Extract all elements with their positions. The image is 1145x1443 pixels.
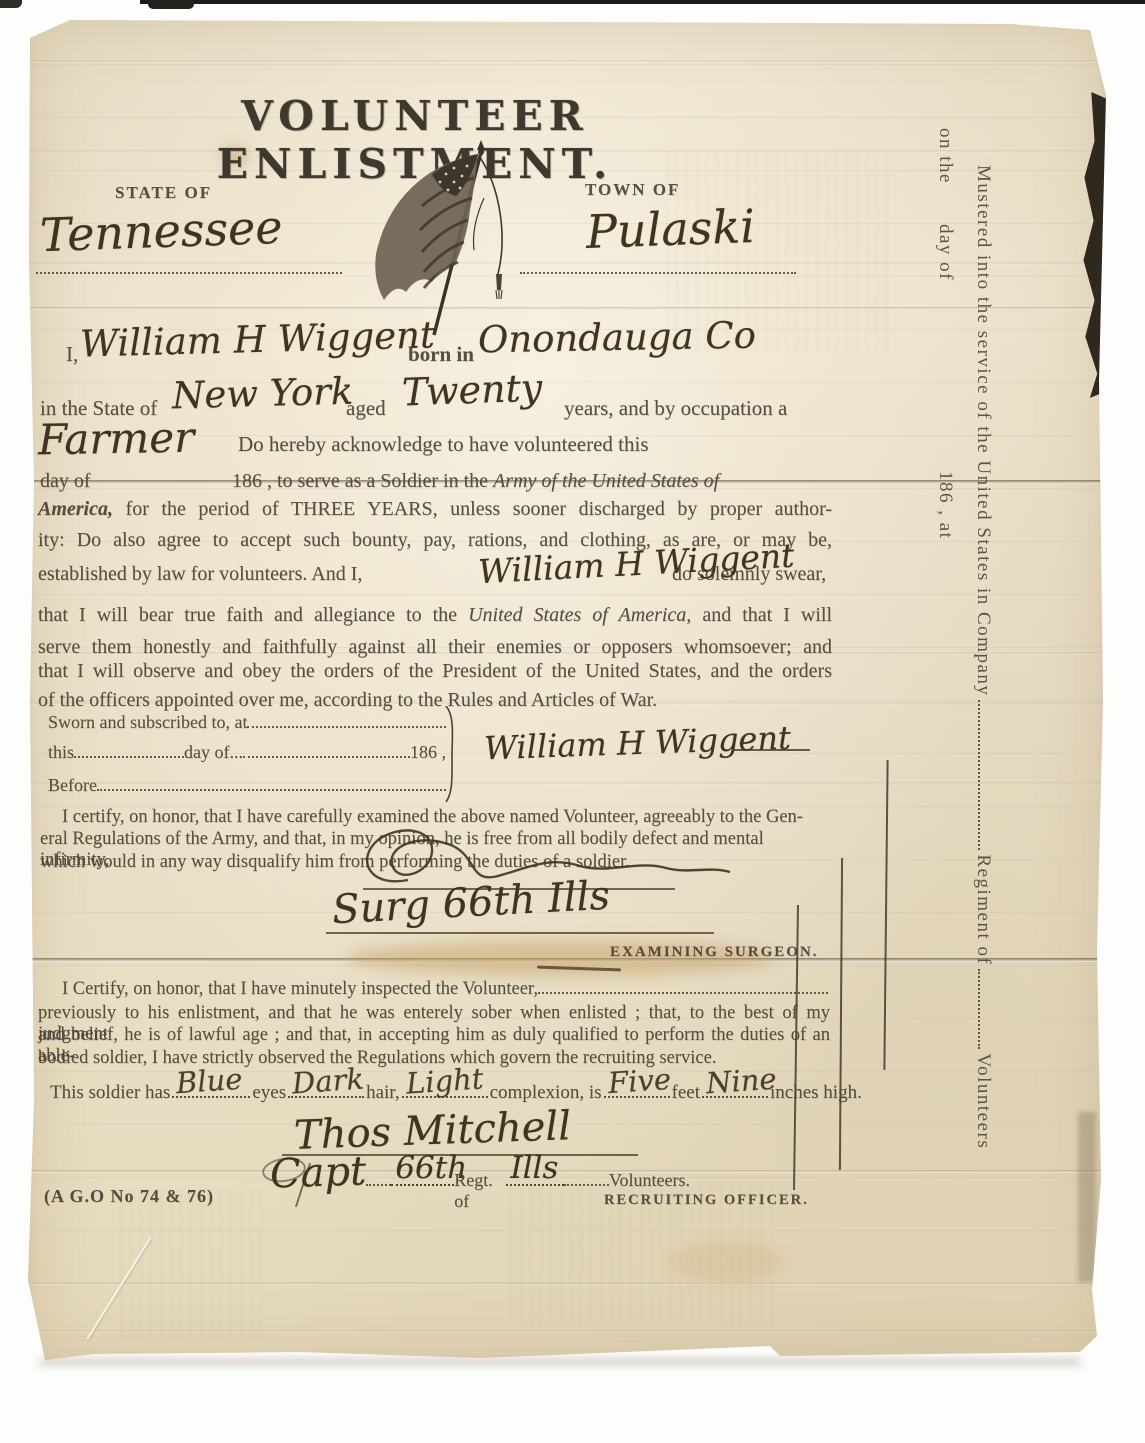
volunteers-label: Volunteers.	[609, 1170, 690, 1191]
ago-note: (A G.O No 74 & 76)	[44, 1186, 214, 1207]
hair-label: hair,	[366, 1082, 400, 1104]
sworn-bracket	[442, 706, 460, 804]
bleedthrough-rule	[839, 858, 843, 1170]
feet-value-handwritten: Five	[606, 1062, 671, 1100]
decl-line-swear: do solemnly swear,	[672, 563, 826, 586]
decl-usa-italic: United States of America,	[468, 604, 691, 626]
us-flag-illustration	[326, 138, 536, 338]
hair-value-handwritten: Dark	[291, 1062, 365, 1101]
fold-crease	[26, 60, 1108, 63]
recruiting-officer-label: RECRUITING OFFICER.	[604, 1192, 809, 1209]
age-handwritten: Twenty	[401, 366, 543, 415]
margin-day-of: day of	[934, 224, 956, 281]
surgeon-signature-underline2	[326, 932, 714, 934]
sworn-year-label: 186 ,	[410, 742, 446, 763]
paper-sheet: VOLUNTEER ENLISTMENT. STATE OF Tennessee…	[26, 12, 1108, 1364]
small-stain	[666, 1242, 786, 1282]
decl-line-serve: serve them honestly and faithfully again…	[38, 636, 832, 659]
sworn-line1: Sworn and subscribed to, at	[48, 712, 446, 733]
decl-faith-end: and that I will	[691, 604, 832, 626]
margin-inner-line: on the day of 186 , at	[934, 128, 956, 539]
sworn-line2: thisday of...186 ,	[48, 742, 446, 763]
sworn-line3-dots	[97, 775, 446, 791]
bleedthrough-rule	[883, 760, 888, 1070]
fold-crease-major	[26, 958, 1108, 962]
town-dotted-line	[520, 258, 796, 274]
decl-line-officers: of the officers appointed over me, accor…	[38, 689, 657, 712]
decl-serve-print: 186 , to serve as a Soldier in the	[232, 470, 493, 492]
decl-line-established: established by law for volunteers. And I…	[38, 563, 362, 586]
decl-serve-italic: Army of the United States of	[493, 470, 719, 492]
decl-day-of: day of	[40, 470, 91, 493]
margin-outer-line: Mustered into the service of the United …	[972, 165, 994, 1149]
birthplace-handwritten: Onondauga Co	[478, 314, 757, 362]
town-of-label: TOWN OF	[585, 180, 680, 200]
regiment-number-slot: 66th	[391, 1166, 454, 1186]
eyes-label: eyes	[252, 1082, 286, 1104]
sworn-line3: Before	[48, 775, 446, 796]
fold-crease	[26, 1330, 1108, 1333]
decl-faith-start: that I will bear true faith and allegian…	[38, 604, 468, 626]
regiment-state-slot: Ills	[506, 1166, 564, 1186]
right-edge-ink-blot	[1066, 92, 1112, 398]
margin-dotted-leader	[978, 969, 993, 1049]
margin-dotted-leader	[978, 700, 993, 850]
complexion-label: complexion, is	[490, 1082, 602, 1104]
corner-crease	[86, 1237, 151, 1340]
state-of-label: STATE OF	[115, 183, 212, 203]
paper-crack	[537, 966, 621, 972]
decl-america-italic: America,	[38, 498, 113, 520]
complexion-value-handwritten: Light	[405, 1061, 485, 1100]
capt-dots	[366, 1170, 391, 1186]
decl-line-obey: that I will observe and obey the orders …	[38, 660, 832, 683]
margin-volunteers: Volunteers	[972, 1053, 994, 1149]
inches-slot: Nine	[702, 1078, 768, 1098]
fold-crease	[26, 1282, 1108, 1285]
sworn-dots	[74, 742, 184, 758]
decl-period-print: for the period of THREE YEARS, unless so…	[113, 498, 832, 520]
decl-years-occupation: years, and by occupation a	[564, 396, 787, 421]
recruit-cert-line1: I Certify, on honor, that I have minutel…	[62, 979, 538, 1000]
sworn-before-label: Before	[48, 775, 97, 796]
town-value-handwritten: Pulaski	[585, 199, 756, 259]
inches-value-handwritten: Nine	[705, 1062, 778, 1101]
soldier-description-row: This soldier has Blue eyes Dark hair, Li…	[50, 1078, 862, 1104]
sworn-dayof-label: day of...	[184, 742, 243, 763]
occupation-handwritten: Farmer	[38, 413, 195, 465]
state-dotted-line	[36, 258, 342, 274]
decl-i: I,	[66, 342, 78, 367]
decl-aged: aged	[346, 396, 386, 421]
sworn-line1-label: Sworn and subscribed to, at	[48, 712, 247, 733]
scanned-enlistment-document: VOLUNTEER ENLISTMENT. STATE OF Tennessee…	[0, 0, 1145, 1443]
recruit-cert-dots	[538, 978, 828, 994]
hair-slot: Dark	[288, 1078, 364, 1098]
feet-slot: Five	[604, 1078, 670, 1098]
state-value-handwritten: Tennessee	[39, 200, 283, 262]
decl-born-in: born in	[408, 342, 474, 367]
margin-on-the: on the	[934, 128, 956, 184]
decl-period-line: America, for the period of THREE YEARS, …	[38, 498, 832, 521]
examining-surgeon-label: EXAMINING SURGEON.	[610, 944, 819, 961]
scan-corner-mark	[0, 0, 22, 8]
decl-acknowledge: Do hereby acknowledge to have volunteere…	[238, 432, 649, 457]
desc-prefix: This soldier has	[50, 1082, 170, 1104]
decl-line-faith: that I will bear true faith and allegian…	[38, 604, 832, 627]
regiment-state-handwritten: Ills	[510, 1150, 558, 1186]
sworn-this-label: this	[48, 742, 74, 763]
recruit-cert-line1-row: I Certify, on honor, that I have minutel…	[62, 978, 828, 1000]
eyes-value-handwritten: Blue	[175, 1062, 244, 1101]
eyes-slot: Blue	[172, 1078, 250, 1098]
sworn-signature-handwritten: William H Wiggent	[483, 719, 791, 768]
decl-serve-line: 186 , to serve as a Soldier in the Army …	[232, 470, 719, 493]
sworn-dots	[243, 742, 410, 758]
capt-handwritten: Capt	[269, 1148, 367, 1197]
sworn-line1-dots	[247, 712, 446, 728]
volunteer-name-handwritten: William H Wiggent	[79, 313, 435, 365]
inches-label: inches high.	[770, 1082, 862, 1104]
complexion-slot: Light	[402, 1078, 488, 1098]
margin-regiment-of: Regiment of	[972, 854, 994, 965]
scan-edge-bar	[140, 0, 1145, 4]
feet-label: feet	[672, 1082, 700, 1104]
scan-top-mark	[148, 0, 194, 9]
right-edge-smudge	[1078, 1112, 1096, 1282]
birth-state-handwritten: New York	[171, 370, 353, 418]
regt-of-label: Regt. of	[454, 1170, 506, 1212]
ghost-text-patch	[120, 1190, 270, 1340]
signature-dash	[732, 749, 810, 751]
margin-186-at: 186 , at	[934, 471, 956, 539]
margin-mustered: Mustered into the service of the United …	[972, 165, 994, 696]
regiment-dots	[564, 1170, 609, 1186]
paper-drop-shadow	[40, 1358, 1080, 1366]
